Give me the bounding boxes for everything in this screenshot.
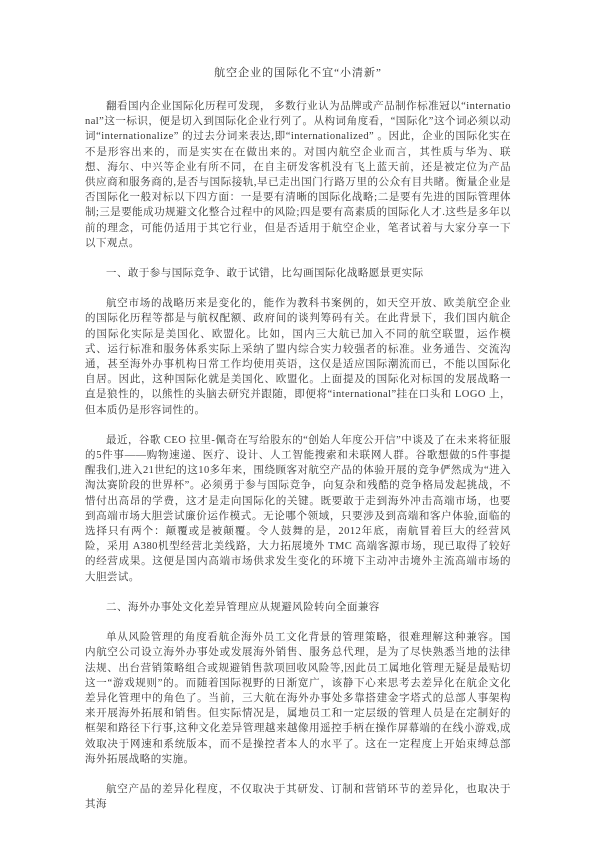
document-page: 航空企业的国际化不宜“小清新” 翻看国内企业国际化历程可发现， 多数行业认为品牌… (0, 0, 595, 842)
document-title: 航空企业的国际化不宜“小清新” (85, 66, 511, 81)
section-heading-2: 二、海外办事处文化差异管理应从规避风险转向全面兼容 (85, 600, 511, 615)
paragraph-section2-b-truncated: 航空产品的差异化程度，不仅取决于其研发、订制和营销环节的差异化，也取决于其海 (85, 782, 511, 812)
paragraph-section1-b: 最近，谷歌 CEO 拉里-佩奇在写给股东的“创始人年度公开信”中谈及了在未来将征… (85, 433, 511, 585)
paragraph-section1-a: 航空市场的战略历来是变化的，能作为教科书案例的，如天空开放、欧美航空企业的国际化… (85, 296, 511, 418)
paragraph-intro: 翻看国内企业国际化历程可发现， 多数行业认为品牌或产品制作标准冠以“intern… (85, 99, 511, 251)
section-heading-1: 一、敢于参与国际竞争、敢于试错，比勾画国际化战略愿景更实际 (85, 266, 511, 281)
paragraph-section2-a: 单从风险管理的角度看航企海外员工文化背景的管理策略，很难理解这种兼容。国内航空公… (85, 630, 511, 767)
